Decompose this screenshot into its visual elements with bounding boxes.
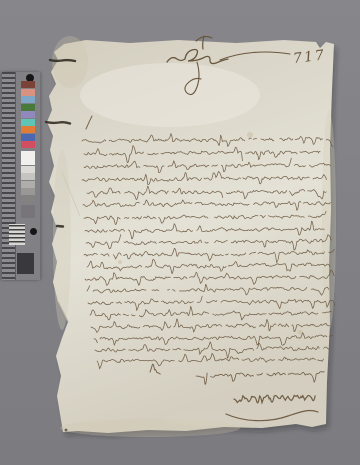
color-patch <box>21 111 35 118</box>
grayscale-patch <box>21 196 35 203</box>
color-patch <box>21 134 35 141</box>
photo-background: 717 <box>0 0 360 465</box>
color-patch <box>21 89 35 96</box>
color-patch <box>21 81 35 88</box>
grayscale-patch <box>21 151 35 165</box>
mid-gray-patch <box>21 205 35 218</box>
handwriting-line <box>50 60 75 61</box>
color-patch <box>21 104 35 111</box>
color-patch <box>21 119 35 126</box>
color-patch <box>21 141 35 148</box>
grayscale-patch <box>21 173 35 180</box>
registration-dot-mid <box>30 228 37 235</box>
handwriting-line <box>57 226 63 227</box>
grayscale-patch <box>21 166 35 173</box>
dark-patch <box>17 253 34 274</box>
handwriting-line <box>46 122 70 124</box>
grayscale-patch <box>21 181 35 188</box>
manuscript-photo: 717 <box>0 0 360 465</box>
grayscale-patch-column <box>21 151 35 203</box>
strip-barcode-label <box>7 221 27 248</box>
color-patch-column <box>21 81 35 149</box>
grayscale-patch <box>21 188 35 195</box>
ruler-scale <box>2 72 16 280</box>
color-calibration-strip <box>2 72 40 280</box>
color-patch <box>21 126 35 133</box>
color-patch <box>21 96 35 103</box>
